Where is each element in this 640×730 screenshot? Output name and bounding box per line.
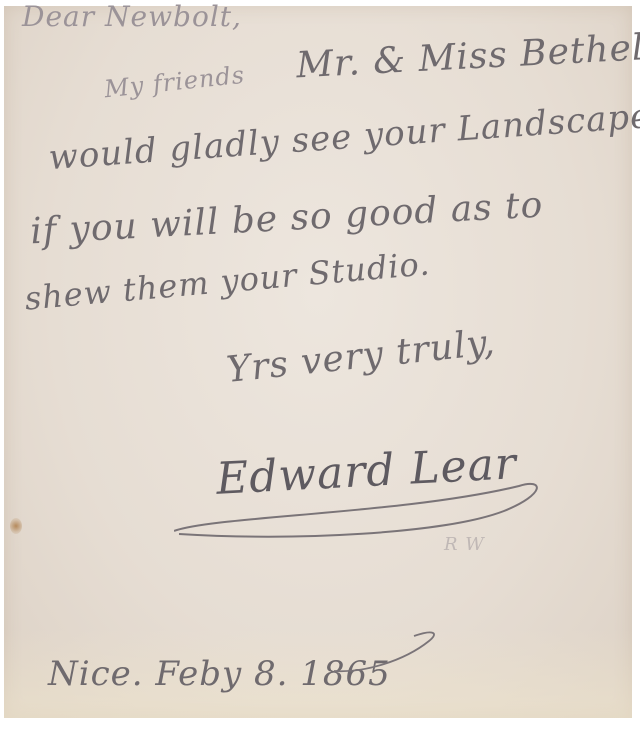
- letter-paper: Dear Newbolt, My friends Mr. & Miss Beth…: [4, 6, 632, 718]
- faint-initials: R W: [444, 534, 485, 555]
- line3: if you will be so good as to: [29, 185, 544, 253]
- line4: shew them your Studio.: [23, 244, 432, 317]
- closing: Yrs very truly,: [225, 322, 498, 391]
- date-flourish: [334, 631, 444, 681]
- line1: Mr. & Miss Bethell: [295, 27, 640, 87]
- signature-flourish: [174, 476, 554, 546]
- salutation: Dear Newbolt,: [22, 0, 242, 33]
- line2: would gladly see your Landscapes,: [47, 94, 640, 178]
- line1-prefix: My friends: [103, 61, 246, 104]
- paper-stain: [10, 518, 22, 534]
